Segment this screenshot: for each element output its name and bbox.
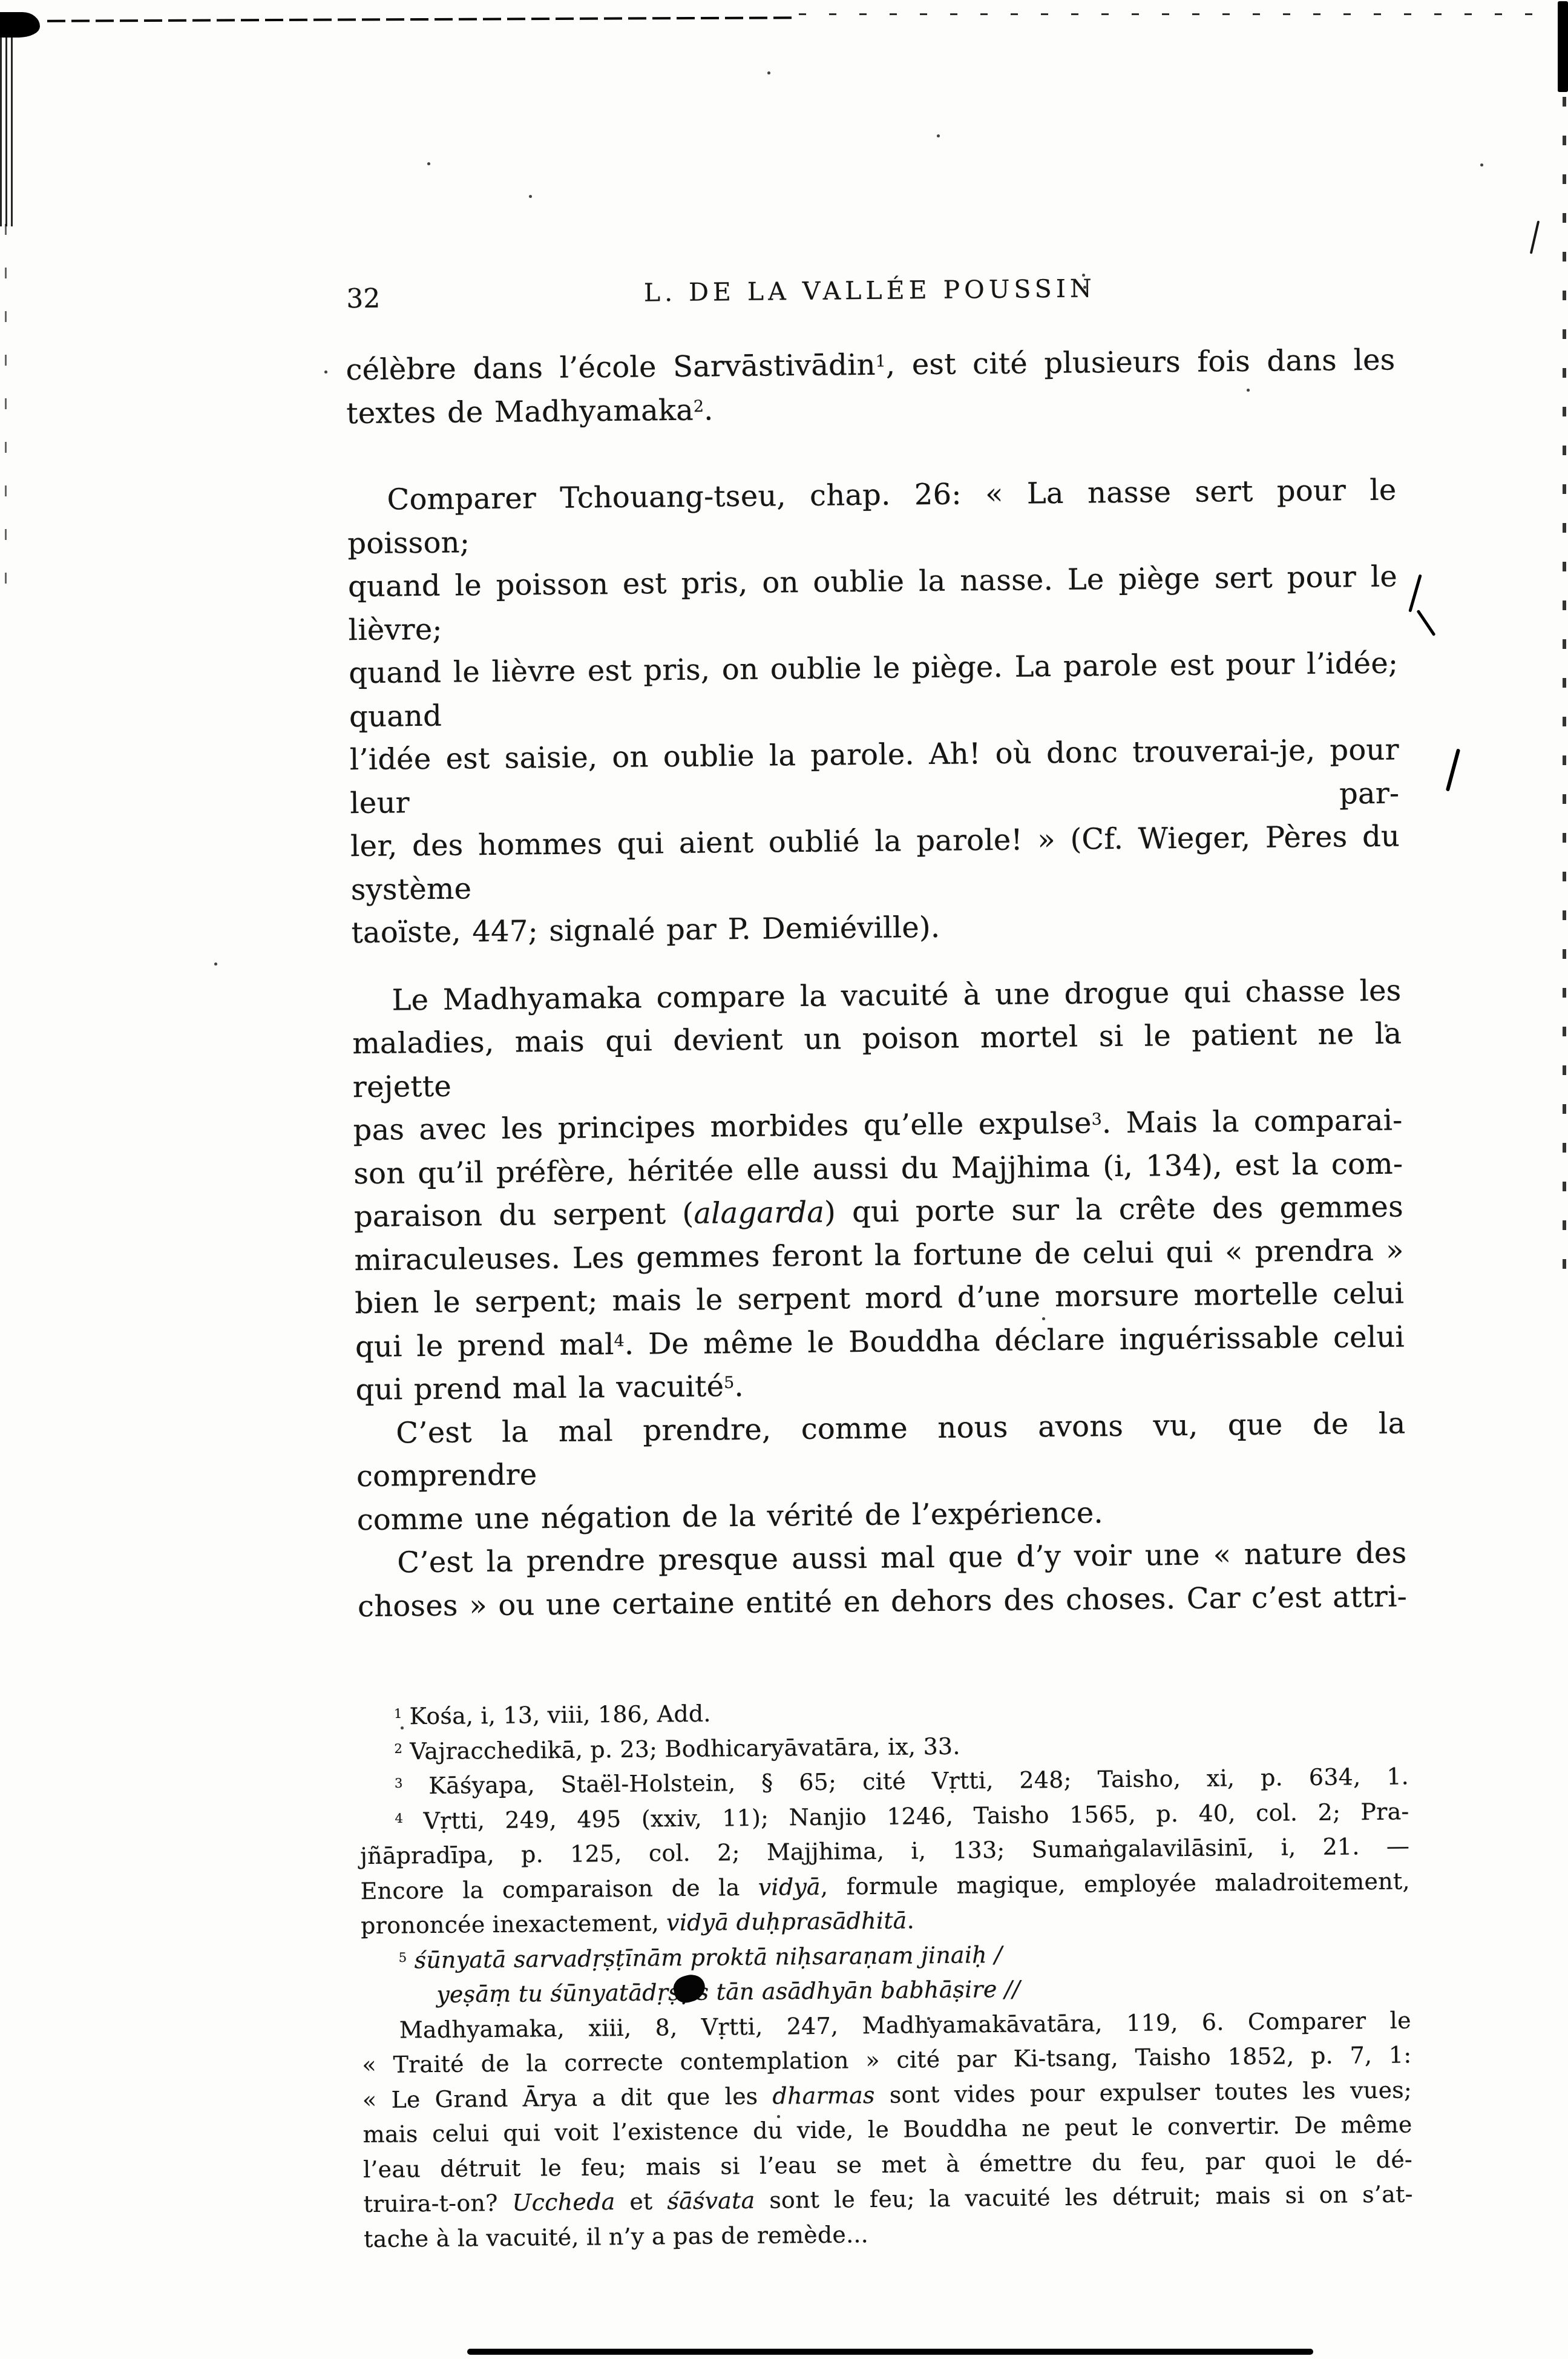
italic-text-with-ink-blot: śūnyatādṛṣṭis [550,1979,709,2007]
text-line: Comparer Tchouang-tseu, chap. 26: « La n… [347,469,1397,566]
text-segment: C’est la mal prendre, comme nous avons v… [356,1406,1406,1493]
scan-speck-dot [937,134,940,137]
text-segment: C’est la prendre presque aussi mal que d… [397,1536,1406,1580]
scan-artifact-right-edge-dashes [1563,97,1566,1295]
text-segment: . [704,393,713,427]
text-segment: . [734,1369,744,1403]
paragraph-mal-prendre: C’est la mal prendre, comme nous avons v… [356,1402,1406,1542]
page-header: 32 L. DE LA VALLÉE POUSSIN [345,265,1395,314]
italic-text: alagarda [694,1196,824,1231]
text-segment: , formule magique, employée maladroiteme… [821,1867,1410,1900]
text-line: quand le poisson est pris, on oublie la … [348,556,1398,653]
italic-text: vidyā duḥprasādhitā [666,1907,907,1936]
text-segment: mais celui qui voit l’existence du vide,… [362,2111,1412,2148]
footnote-reference: 2 [394,1741,402,1756]
footnote-reference: 1 [394,1706,402,1722]
text-segment: « Traité de la correcte contemplation » … [362,2041,1411,2078]
footnote-reference: 2 [694,397,704,416]
text-segment: textes de Madhyamaka [346,393,694,430]
italic-text: dharmas [772,2081,875,2109]
footnote-reference: 5 [399,1950,407,1965]
text-segment: . [907,1907,914,1933]
text-segment: prononcée inexactement, [361,1909,666,1939]
text-segment: Vṛtti, 249, 495 (xxiv, 11); Nanjio 1246,… [403,1798,1409,1834]
paragraph-nature-des-choses: C’est la prendre presque aussi mal que d… [357,1532,1407,1629]
footnote-reference: 3 [1092,1110,1102,1129]
scan-artifact-corner-streaks [0,27,15,226]
text-segment: Encore la comparaison de la [360,1874,758,1904]
scan-speck-dot [324,370,327,373]
text-segment: quand le lièvre est pris, on oublie le p… [349,647,1398,734]
text-segment: Le Madhyamaka compare la vacuité à une d… [392,973,1401,1017]
scan-artifact-left-edge-line [5,224,7,599]
paragraph-tchouang-tseu: Comparer Tchouang-tseu, chap. 26: « La n… [347,469,1400,955]
scan-artifact-bottom-bar [467,2349,1313,2355]
footnote-5-text: Madhyamaka, xiii, 8, Vṛtti, 247, Madhyam… [362,2003,1414,2257]
paragraph-madhyamaka-comparison: Le Madhyamaka compare la vacuité à une d… [352,969,1405,1412]
footnote-4: 4 Vṛtti, 249, 495 (xxiv, 11); Nanjio 124… [359,1794,1410,1944]
text-segment: . De même le Bouddha déclare inguérissab… [625,1320,1405,1361]
footnote-reference: 3 [395,1776,403,1791]
text-segment: l’eau détruit le feu; mais si l’eau se m… [363,2146,1412,2183]
text-segment: pas avec les principes morbides qu’elle … [353,1106,1092,1147]
text-segment: « Le Grand Ārya a dit que les [362,2082,773,2113]
scan-artifact-ink-tick [1530,220,1540,254]
scan-speck-dot [767,71,770,74]
text-segment: taoïste, 447; signalé par P. Demiéville)… [351,910,940,950]
scan-speck-dot [427,162,430,165]
page-content: 32 L. DE LA VALLÉE POUSSIN célèbre dans … [345,265,1413,2257]
running-head: L. DE LA VALLÉE POUSSIN [345,265,1394,311]
footnote-reference: 5 [724,1374,734,1392]
text-segment: Kāśyapa, Staël-Holstein, § 65; cité Vṛtt… [402,1763,1409,1799]
text-line: maladies, mais qui devient un poison mor… [352,1013,1402,1110]
paragraph-continuation: célèbre dans l’école Sarvāstivādin1, est… [346,339,1396,436]
italic-text: tān asādhyān babhāṣire // [709,1976,1020,2005]
italic-text: śāśvata [667,2187,755,2214]
footnote-reference: 4 [614,1331,624,1350]
footnote-reference: 1 [876,352,886,370]
text-segment: Madhyamaka, xiii, 8, Vṛtti, 247, Madhyam… [399,2007,1411,2043]
text-segment: qui prend mal la vacuité [355,1369,724,1407]
text-line: C’est la mal prendre, comme nous avons v… [356,1402,1406,1499]
scan-artifact-top-speckle-line [47,16,798,22]
italic-text: śūnyatā sarvadṛṣṭīnām proktā niḥsaraṇam … [414,1941,1002,1973]
text-segment: miraculeuses. Les gemmes feront la fortu… [354,1233,1403,1277]
text-segment: célèbre dans l’école Sarvāstivādin [346,348,876,387]
italic-text: Uccheda [512,2188,615,2216]
text-segment: et [615,2188,667,2215]
italic-text: yeṣāṃ tu [436,1980,550,2008]
text-segment: quand le poisson est pris, on oublie la … [348,560,1397,647]
text-segment: paraison du serpent ( [354,1197,694,1234]
footnotes: 1 Kośa, i, 13, viii, 186, Add. 2 Vajracc… [359,1690,1414,2257]
text-segment: l’idée est saisie, on oublie la parole. … [349,733,1399,820]
scan-speck-dot [214,962,217,966]
page-number: 32 [346,283,380,315]
text-segment: jñāpradīpa, p. 125, col. 2; Majjhima, i,… [360,1832,1409,1869]
text-segment: bien le serpent; mais le serpent mord d’… [355,1277,1404,1321]
text-segment: choses » ou une certaine entité en dehor… [358,1579,1407,1624]
text-segment: maladies, mais qui devient un poison mor… [352,1017,1402,1104]
text-segment: . Mais la comparai- [1102,1104,1403,1140]
text-segment: ) qui porte sur la crête des gemmes [824,1190,1403,1229]
scan-speck-dot [1480,163,1483,166]
text-segment: Vajracchedikā, p. 23; Bodhicaryāvatāra, … [402,1732,960,1765]
text-segment: son qu’il préfère, héritée elle aussi du… [353,1147,1403,1191]
text-segment: qui le prend mal [355,1328,614,1364]
scan-artifact-top-speckle-line-2 [799,13,1544,15]
scan-speck-dot [529,195,532,198]
footnote-reference: 4 [395,1811,403,1826]
text-line: l’idée est saisie, on oublie la parole. … [349,729,1399,826]
text-segment: sont vides pour expulser toutes les vues… [874,2076,1412,2108]
scan-artifact-ink-tick [1446,748,1460,791]
scan-artifact-ink-tick [1408,574,1422,613]
text-segment: Kośa, i, 13, viii, 186, Add. [402,1700,711,1730]
text-segment [407,1947,415,1973]
text-segment: tache à la vacuité, il n’y a pas de remè… [364,2221,868,2252]
text-line: quand le lièvre est pris, on oublie le p… [349,642,1399,739]
scan-artifact-ink-tick [1416,610,1435,636]
scanned-book-page: 32 L. DE LA VALLÉE POUSSIN célèbre dans … [0,0,1568,2359]
text-line: taoïste, 447; signalé par P. Demiéville)… [351,902,1401,955]
scan-artifact-right-edge-band [1558,1,1568,92]
body-text: célèbre dans l’école Sarvāstivādin1, est… [346,339,1407,1629]
text-segment: ler, des hommes qui aient oublié la paro… [350,820,1400,907]
text-segment: Comparer Tchouang-tseu, chap. 26: « La n… [347,473,1397,561]
text-segment: , est cité plusieurs fois dans les [886,343,1396,382]
text-segment: truira-t-on? [363,2190,512,2217]
italic-text: vidyā [758,1873,821,1900]
text-segment: comme une négation de la vérité de l’exp… [357,1496,1104,1537]
text-segment: sont le feu; la vacuité les détruit; mai… [755,2180,1413,2213]
text-line: ler, des hommes qui aient oublié la paro… [350,815,1400,912]
